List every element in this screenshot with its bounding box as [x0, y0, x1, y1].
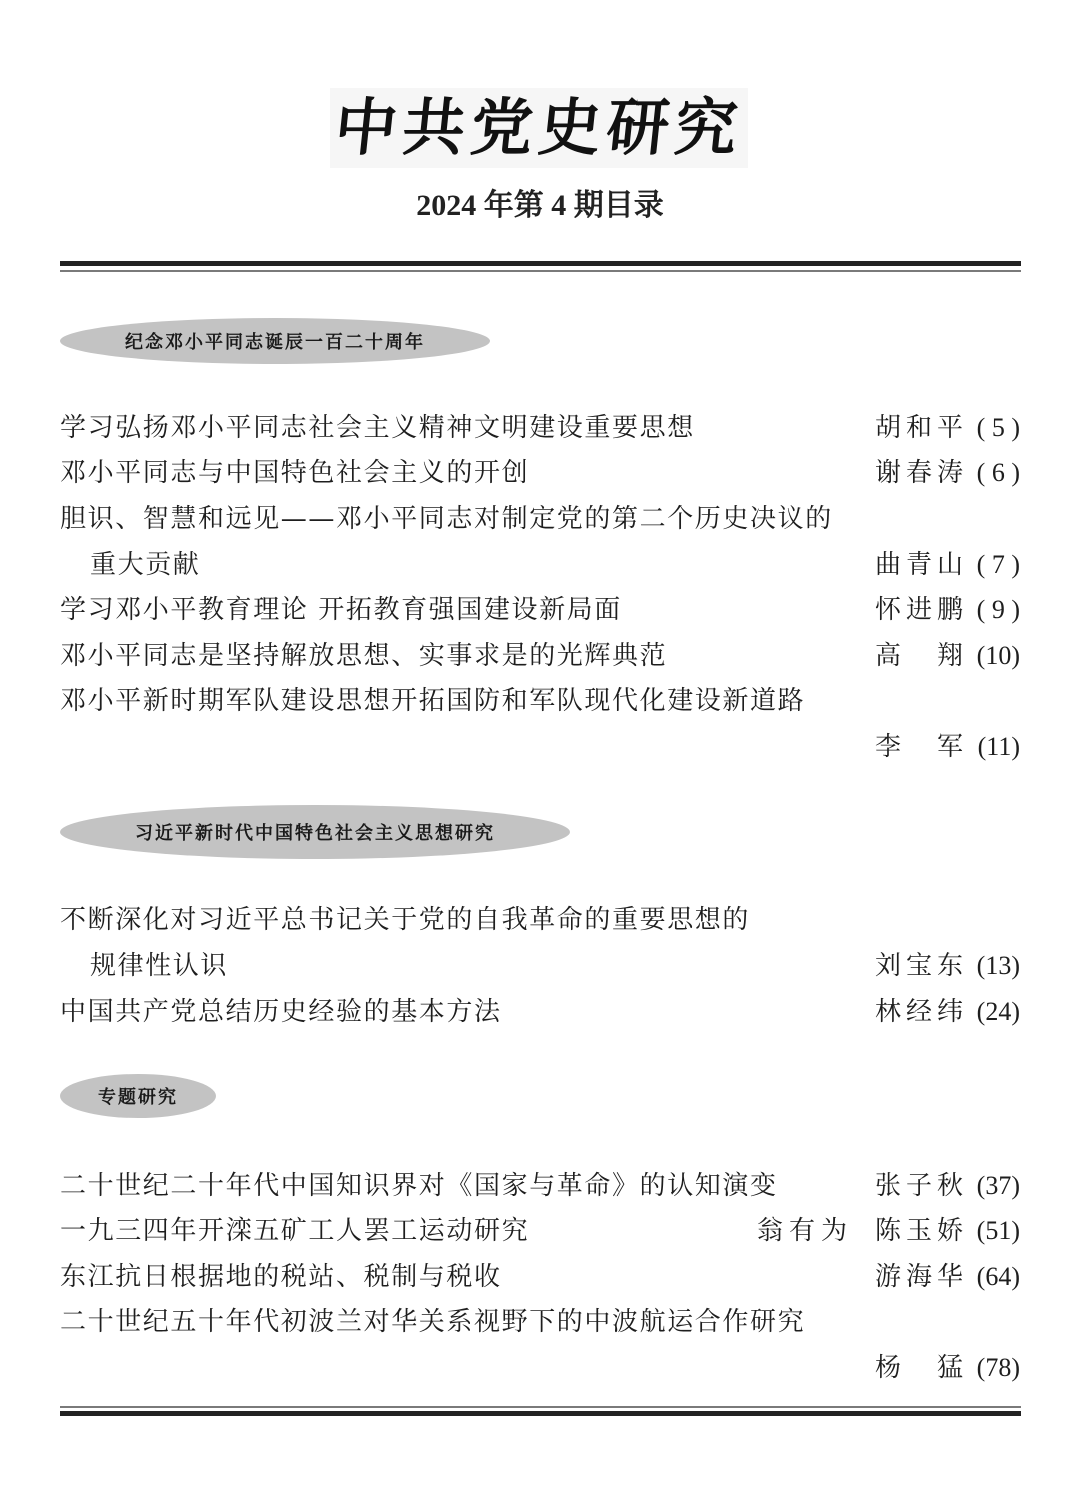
toc-entry[interactable]: 学习弘扬邓小平同志社会主义精神文明建设重要思想 胡和平 ( 5 ): [60, 405, 1020, 451]
toc-entry-line-1[interactable]: 不断深化对习近平总书记关于党的自我革命的重要思想的: [60, 897, 1020, 943]
entry-title[interactable]: 中国共产党总结历史经验的基本方法: [60, 989, 502, 1035]
entry-page: (37): [977, 1163, 1020, 1209]
entry-author: 怀进鹏: [875, 587, 968, 633]
toc-entry[interactable]: 学习邓小平教育理论 开拓教育强国建设新局面 怀进鹏 ( 9 ): [60, 587, 1020, 633]
entry-author: 高 翔: [875, 633, 968, 679]
entry-title[interactable]: 二十世纪二十年代中国知识界对《国家与革命》的认知演变: [60, 1163, 778, 1209]
toc-entry-line-2[interactable]: 规律性认识 刘宝东 (13): [60, 943, 1020, 989]
entry-page: (51): [977, 1208, 1020, 1254]
entry-title[interactable]: 胆识、智慧和远见——邓小平同志对制定党的第二个历史决议的: [60, 496, 833, 542]
entry-page: (78): [977, 1345, 1020, 1391]
section-label: 专题研究: [98, 1083, 178, 1109]
bottom-rule-thin: [60, 1406, 1021, 1408]
entry-author: 曲青山: [875, 542, 968, 588]
entry-author: 李 军: [875, 724, 968, 770]
toc-entry-line-2[interactable]: 李 军 (11): [60, 724, 1020, 770]
entry-title[interactable]: 东江抗日根据地的税站、税制与税收: [60, 1254, 502, 1300]
section-label: 习近平新时代中国特色社会主义思想研究: [135, 819, 495, 845]
entry-title-continuation[interactable]: 规律性认识: [90, 943, 228, 989]
toc-entry[interactable]: 东江抗日根据地的税站、税制与税收 游海华 (64): [60, 1254, 1020, 1300]
entry-author: 陈玉娇: [875, 1208, 968, 1254]
entry-page: ( 6 ): [977, 450, 1020, 496]
issue-title: 2024 年第 4 期目录: [0, 186, 1080, 226]
entry-title[interactable]: 二十世纪五十年代初波兰对华关系视野下的中波航运合作研究: [60, 1299, 805, 1345]
toc-entry-line-1[interactable]: 邓小平新时期军队建设思想开拓国防和军队现代化建设新道路: [60, 678, 1020, 724]
toc-entry-line-1[interactable]: 胆识、智慧和远见——邓小平同志对制定党的第二个历史决议的: [60, 496, 1020, 542]
section-label: 纪念邓小平同志诞辰一百二十周年: [125, 328, 425, 354]
top-rule-thick: [60, 261, 1021, 266]
entry-title-continuation[interactable]: 重大贡献: [90, 542, 200, 588]
top-rule-thin: [60, 270, 1021, 272]
toc-entry[interactable]: 邓小平同志与中国特色社会主义的开创 谢春涛 ( 6 ): [60, 450, 1020, 496]
masthead-logo-text: 中共党史研究: [332, 97, 747, 159]
entry-page: (11): [978, 724, 1020, 770]
entry-page: (13): [977, 943, 1020, 989]
entry-author: 刘宝东: [875, 943, 968, 989]
entry-page: ( 9 ): [977, 587, 1020, 633]
toc-entry[interactable]: 邓小平同志是坚持解放思想、实事求是的光辉典范 高 翔 (10): [60, 633, 1020, 679]
entry-author: 张子秋: [875, 1163, 968, 1209]
section-header-deng-anniversary: 纪念邓小平同志诞辰一百二十周年: [60, 318, 490, 364]
entry-page: (64): [977, 1254, 1020, 1300]
entry-author: 谢春涛: [875, 450, 968, 496]
entry-title[interactable]: 学习邓小平教育理论 开拓教育强国建设新局面: [60, 587, 622, 633]
toc-entry-line-2[interactable]: 杨 猛 (78): [60, 1345, 1020, 1391]
entry-author: 杨 猛: [875, 1345, 968, 1391]
toc-entry[interactable]: 中国共产党总结历史经验的基本方法 林经纬 (24): [60, 989, 1020, 1035]
entry-author: 游海华: [875, 1254, 968, 1300]
section-header-special-research: 专题研究: [60, 1074, 216, 1118]
toc-entry[interactable]: 一九三四年开滦五矿工人罢工运动研究 翁有为 陈玉娇 (51): [60, 1208, 1020, 1254]
entry-title[interactable]: 不断深化对习近平总书记关于党的自我革命的重要思想的: [60, 897, 750, 943]
entry-page: ( 5 ): [977, 405, 1020, 451]
entry-title[interactable]: 一九三四年开滦五矿工人罢工运动研究: [60, 1208, 529, 1254]
section-header-xi-thought-research: 习近平新时代中国特色社会主义思想研究: [60, 805, 570, 859]
toc-entry-line-1[interactable]: 二十世纪五十年代初波兰对华关系视野下的中波航运合作研究: [60, 1299, 1020, 1345]
entry-title[interactable]: 邓小平新时期军队建设思想开拓国防和军队现代化建设新道路: [60, 678, 805, 724]
toc-entry[interactable]: 二十世纪二十年代中国知识界对《国家与革命》的认知演变 张子秋 (37): [60, 1163, 1020, 1209]
bottom-rule-thick: [60, 1411, 1021, 1416]
entry-page: (24): [977, 989, 1020, 1035]
entry-title[interactable]: 学习弘扬邓小平同志社会主义精神文明建设重要思想: [60, 405, 695, 451]
entry-coauthor: 翁有为: [757, 1208, 853, 1254]
entry-author: 胡和平: [875, 405, 968, 451]
journal-masthead: 中共党史研究: [330, 88, 748, 168]
entry-title[interactable]: 邓小平同志与中国特色社会主义的开创: [60, 450, 529, 496]
entry-title[interactable]: 邓小平同志是坚持解放思想、实事求是的光辉典范: [60, 633, 667, 679]
toc-entry-line-2[interactable]: 重大贡献 曲青山 ( 7 ): [60, 542, 1020, 588]
entry-page: ( 7 ): [977, 542, 1020, 588]
entry-author: 林经纬: [875, 989, 968, 1035]
entry-page: (10): [977, 633, 1020, 679]
